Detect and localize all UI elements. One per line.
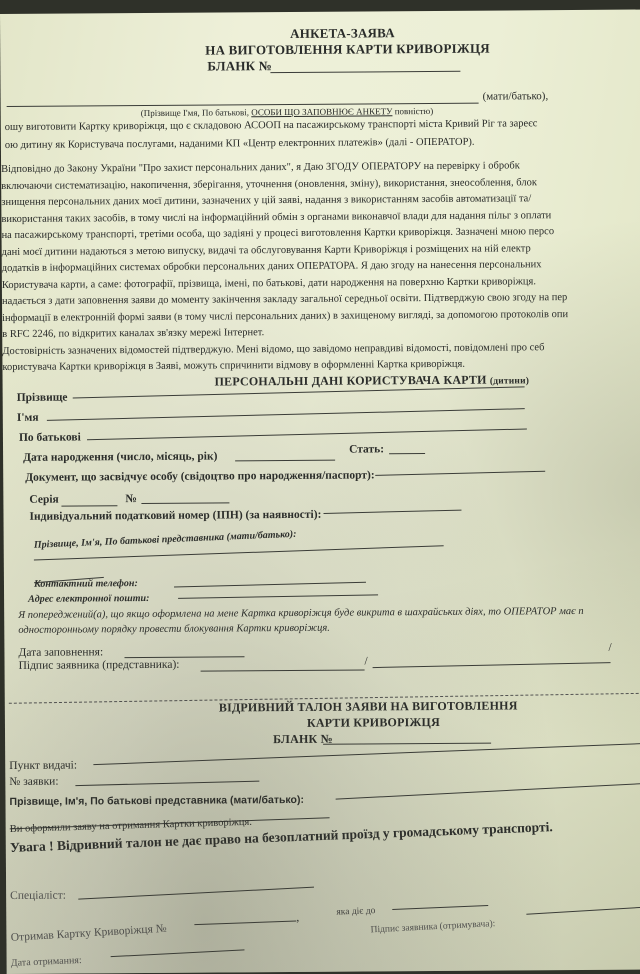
application-number-field[interactable] xyxy=(75,781,259,786)
receipt-date-field[interactable] xyxy=(111,949,245,957)
tax-id-label: Індивідуальний податковий номер (ІПН) (з… xyxy=(29,509,321,523)
stub-blank-label: БЛАНК № xyxy=(273,732,333,747)
warning-line-2: односторонньому порядку провести блокува… xyxy=(18,623,330,636)
warning-line-1: Я попереджений(а), що якщо оформлена на … xyxy=(18,606,583,621)
blank-number-field[interactable] xyxy=(270,71,460,73)
consent-paragraph: Відповідно до Закону України "Про захист… xyxy=(1,158,568,376)
blank-number-label: БЛАНК № xyxy=(207,58,272,74)
series-field[interactable] xyxy=(61,505,117,506)
first-name-field[interactable] xyxy=(47,408,525,421)
birth-date-label: Дата народження (число, місяць, рік) xyxy=(23,450,217,463)
signature-field[interactable] xyxy=(201,669,365,671)
tax-id-field[interactable] xyxy=(323,510,461,514)
issue-point-field[interactable] xyxy=(93,743,640,765)
parent-suffix: (мати/батько), xyxy=(483,90,549,102)
received-card-number-field[interactable] xyxy=(194,921,296,926)
valid-until-field[interactable] xyxy=(392,905,488,910)
sex-label: Стать: xyxy=(349,443,384,455)
received-card-label: Отримав Картку Криворіжця № xyxy=(10,923,167,944)
id-document-field[interactable] xyxy=(375,471,545,476)
signature-name-field[interactable] xyxy=(373,662,611,668)
application-number-label: № заявки: xyxy=(9,776,58,788)
valid-until-label: яка діє до xyxy=(336,906,375,918)
patronymic-field[interactable] xyxy=(87,428,527,440)
receipt-date-label: Дата отримання: xyxy=(11,955,82,960)
request-line-2: ою дитину як Користувача послугами, нада… xyxy=(5,135,475,155)
recipient-signature-label: Підпис заявника (отримувача): xyxy=(370,919,495,935)
received-card-comma: , xyxy=(296,912,299,924)
email-label: Адрес електронної пошти: xyxy=(28,593,149,605)
stub-subtitle: КАРТИ КРИВОРІЖЦЯ xyxy=(307,715,440,731)
birth-date-field[interactable] xyxy=(235,460,335,462)
stub-blank-number-field[interactable] xyxy=(323,743,491,745)
email-field[interactable] xyxy=(178,594,378,598)
series-label: Серія xyxy=(29,494,58,506)
form-title: АНКЕТА-ЗАЯВА xyxy=(290,25,395,42)
representative-label: Прізвище, Ім'я, По батькові представника… xyxy=(34,529,297,551)
specialist-label: Спеціаліст: xyxy=(10,890,66,902)
number-label: № xyxy=(125,493,137,505)
sex-field[interactable] xyxy=(389,453,425,454)
stub-title: ВІДРИВНИЙ ТАЛОН ЗАЯВИ НА ВИГОТОВЛЕННЯ xyxy=(219,698,518,715)
specialist-field[interactable] xyxy=(78,887,314,900)
application-form-sheet: АНКЕТА-ЗАЯВА НА ВИГОТОВЛЕННЯ КАРТИ КРИВО… xyxy=(0,9,640,960)
request-line-1: ошу виготовити Картку криворіжця, що є с… xyxy=(5,116,538,136)
phone-label: Контактний телефон: xyxy=(34,578,138,590)
stub-representative-label: Прізвище, Ім'я, По батькові представника… xyxy=(9,794,304,808)
signature-slash-2: / xyxy=(608,642,611,654)
patronymic-label: По батькові xyxy=(19,431,81,443)
number-field[interactable] xyxy=(141,502,229,504)
fill-date-field[interactable] xyxy=(124,656,244,658)
fill-date-label: Дата заповнення: xyxy=(18,646,103,659)
id-document-label: Документ, що засвідчує особу (свідоцтво … xyxy=(25,469,375,483)
first-name-label: І'мя xyxy=(17,412,39,424)
signature-label: Підпис заявника (представника): xyxy=(19,659,180,672)
form-subtitle: НА ВИГОТОВЛЕННЯ КАРТИ КРИВОРІЖЦЯ xyxy=(205,41,490,59)
signature-slash-1: / xyxy=(364,655,367,667)
surname-label: Прізвище xyxy=(17,392,68,404)
applicant-name-hint: (Прізвище І'мя, По батькові, ОСОБИ ЩО ЗА… xyxy=(141,106,434,118)
recipient-signature-field[interactable] xyxy=(526,906,640,915)
issue-point-label: Пункт видачі: xyxy=(9,759,77,771)
phone-field[interactable] xyxy=(174,582,366,588)
stub-representative-field-1[interactable] xyxy=(336,782,640,799)
